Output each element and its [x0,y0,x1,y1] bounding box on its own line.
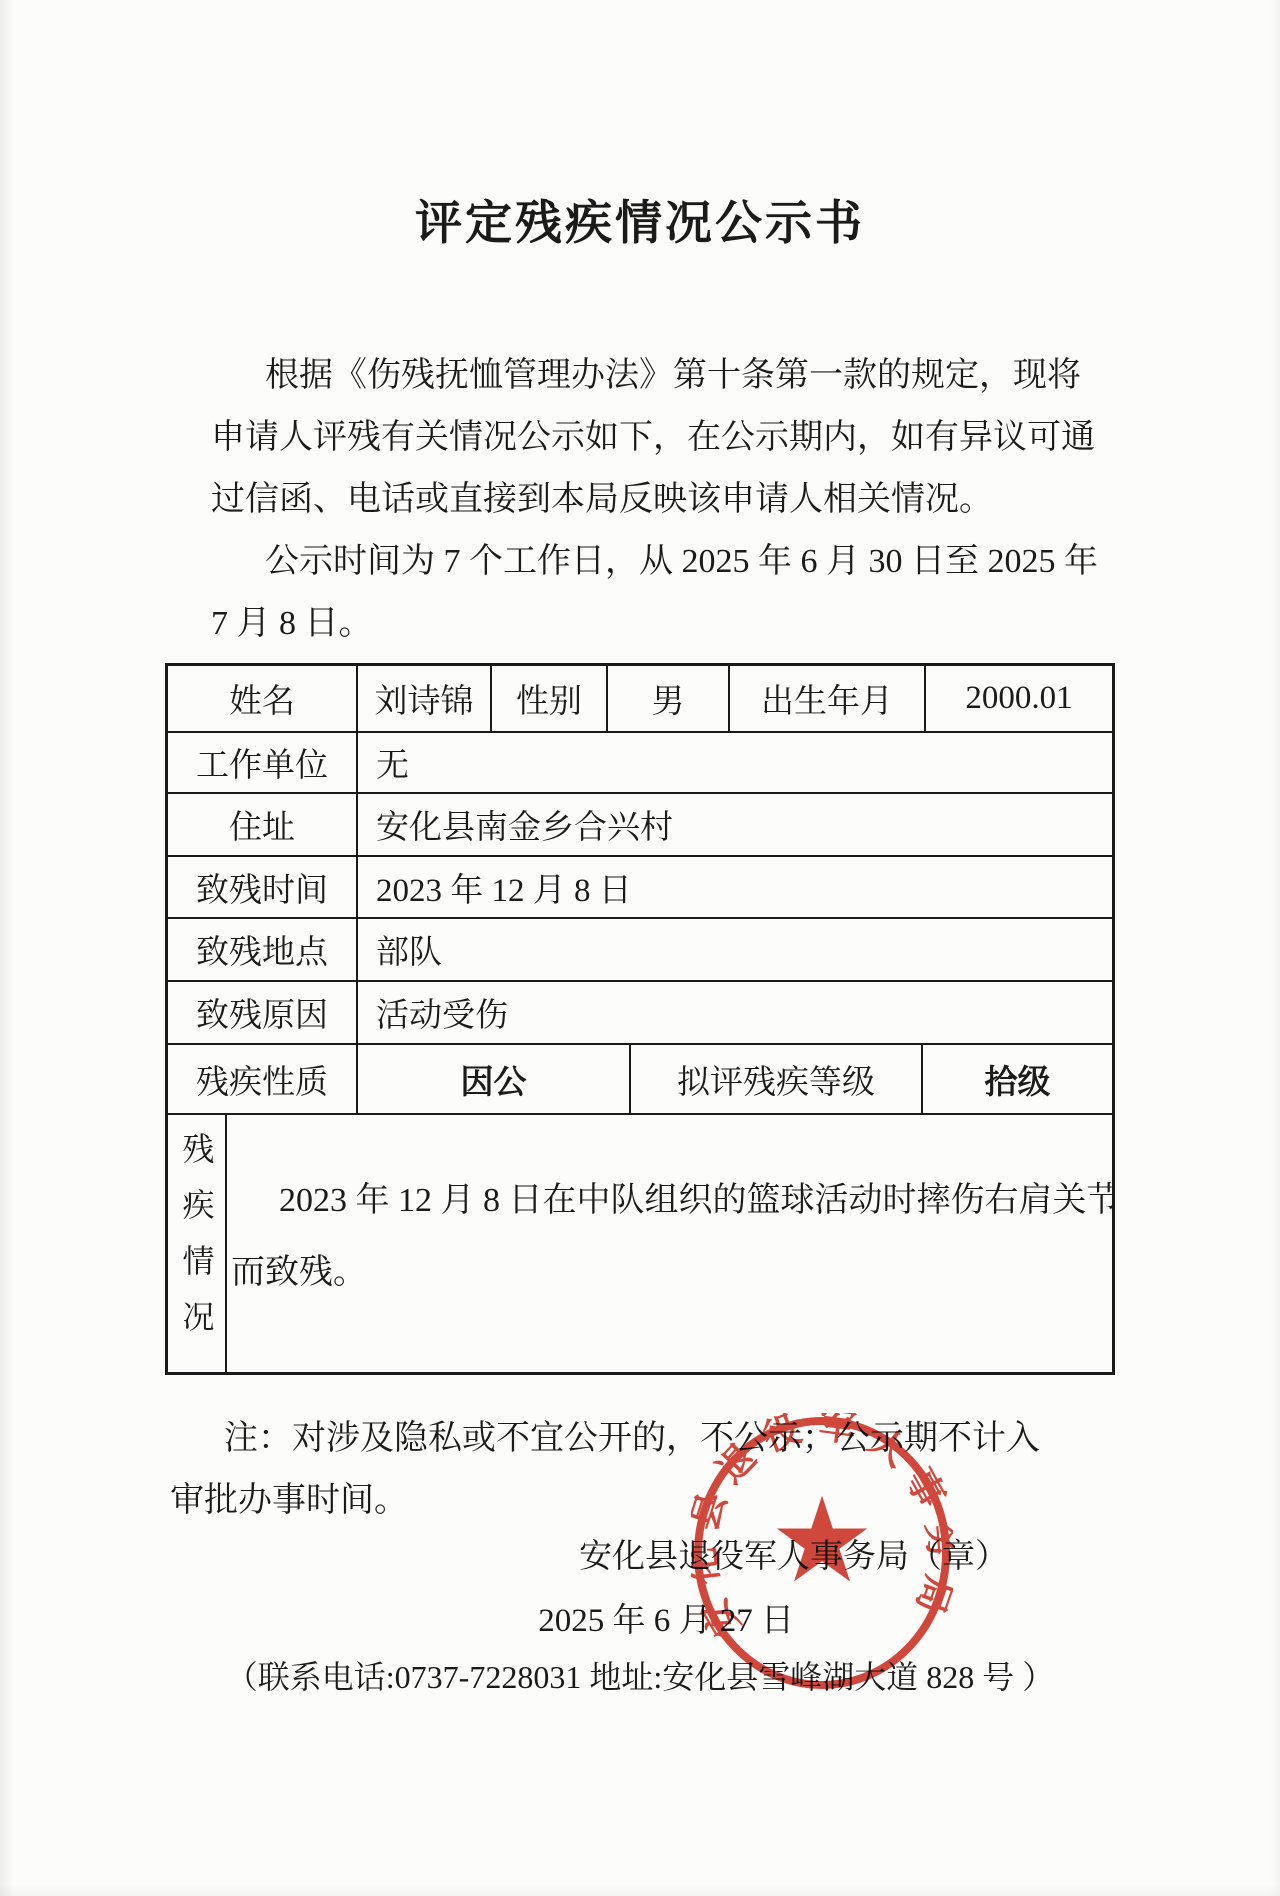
table-row-address: 住址 安化县南金乡合兴村 [168,792,1112,855]
situation-label: 残疾情况 [168,1115,225,1372]
injury-place-label: 致残地点 [168,919,356,980]
injury-place-value: 部队 [356,919,1112,980]
birth-label: 出生年月 [728,666,924,731]
name-value: 刘诗锦 [356,666,490,731]
grade-label: 拟评残疾等级 [629,1045,921,1113]
issue-date: 2025 年 6 月 27 日 [538,1594,794,1641]
name-label: 姓名 [168,666,356,731]
table-row-injury-cause: 致残原因 活动受伤 [168,980,1112,1043]
birth-value: 2000.01 [924,666,1112,731]
injury-time-label: 致残时间 [168,857,356,917]
work-unit-value: 无 [356,733,1112,792]
table-row-disability-situation: 残疾情况 2023 年 12 月 8 日在中队组织的篮球活动时摔伤右肩关节 而致… [168,1113,1112,1372]
body-line: 申请人评残有关情况公示如下，在公示期内，如有异议可通 [211,407,1131,469]
injury-cause-label: 致残原因 [168,982,356,1043]
body-line: 根据《伤残抚恤管理办法》第十条第一款的规定，现将 [211,345,1131,407]
contact-info: （联系电话:0737-7228031 地址:安化县雪峰湖大道 828 号 ） [0,1652,1280,1698]
table-row-injury-place: 致残地点 部队 [168,917,1112,980]
body-line: 公示时间为 7 个工作日，从 2025 年 6 月 30 日至 2025 年 [211,531,1131,593]
situation-value: 2023 年 12 月 8 日在中队组织的篮球活动时摔伤右肩关节 而致残。 [225,1115,1112,1372]
issuing-authority-signature: 安化县退役军人事务局（章） [579,1530,1008,1577]
gender-label: 性别 [490,666,606,731]
address-label: 住址 [168,794,356,855]
nature-value: 因公 [356,1045,629,1113]
footnote: 注：对涉及隐私或不宜公开的，不公示；公示期不计入 审批办事时间。 [170,1408,1110,1532]
address-value: 安化县南金乡合兴村 [356,794,1112,855]
work-unit-label: 工作单位 [168,733,356,792]
injury-cause-value: 活动受伤 [356,982,1112,1043]
injury-time-value: 2023 年 12 月 8 日 [356,857,1112,917]
table-row-work-unit: 工作单位 无 [168,731,1112,792]
table-row-identity: 姓名 刘诗锦 性别 男 出生年月 2000.01 [168,666,1112,731]
document-title: 评定残疾情况公示书 [0,186,1280,253]
notice-document: 评定残疾情况公示书 根据《伤残抚恤管理办法》第十条第一款的规定，现将 申请人评残… [0,0,1280,1896]
footnote-line: 注：对涉及隐私或不宜公开的，不公示；公示期不计入 [170,1408,1110,1470]
applicant-info-table: 姓名 刘诗锦 性别 男 出生年月 2000.01 工作单位 无 住址 安化县南金… [165,663,1115,1375]
situation-line: 而致残。 [231,1237,1102,1309]
footnote-line: 审批办事时间。 [170,1470,1110,1532]
table-row-injury-time: 致残时间 2023 年 12 月 8 日 [168,855,1112,917]
situation-line: 2023 年 12 月 8 日在中队组织的篮球活动时摔伤右肩关节 [231,1165,1102,1237]
table-row-nature-grade: 残疾性质 因公 拟评残疾等级 拾级 [168,1043,1112,1113]
body-line: 7 月 8 日。 [211,593,1131,655]
grade-value: 拾级 [921,1045,1112,1113]
body-line: 过信函、电话或直接到本局反映该申请人相关情况。 [211,469,1131,531]
body-paragraphs: 根据《伤残抚恤管理办法》第十条第一款的规定，现将 申请人评残有关情况公示如下，在… [211,345,1131,655]
nature-label: 残疾性质 [168,1045,356,1113]
gender-value: 男 [606,666,728,731]
